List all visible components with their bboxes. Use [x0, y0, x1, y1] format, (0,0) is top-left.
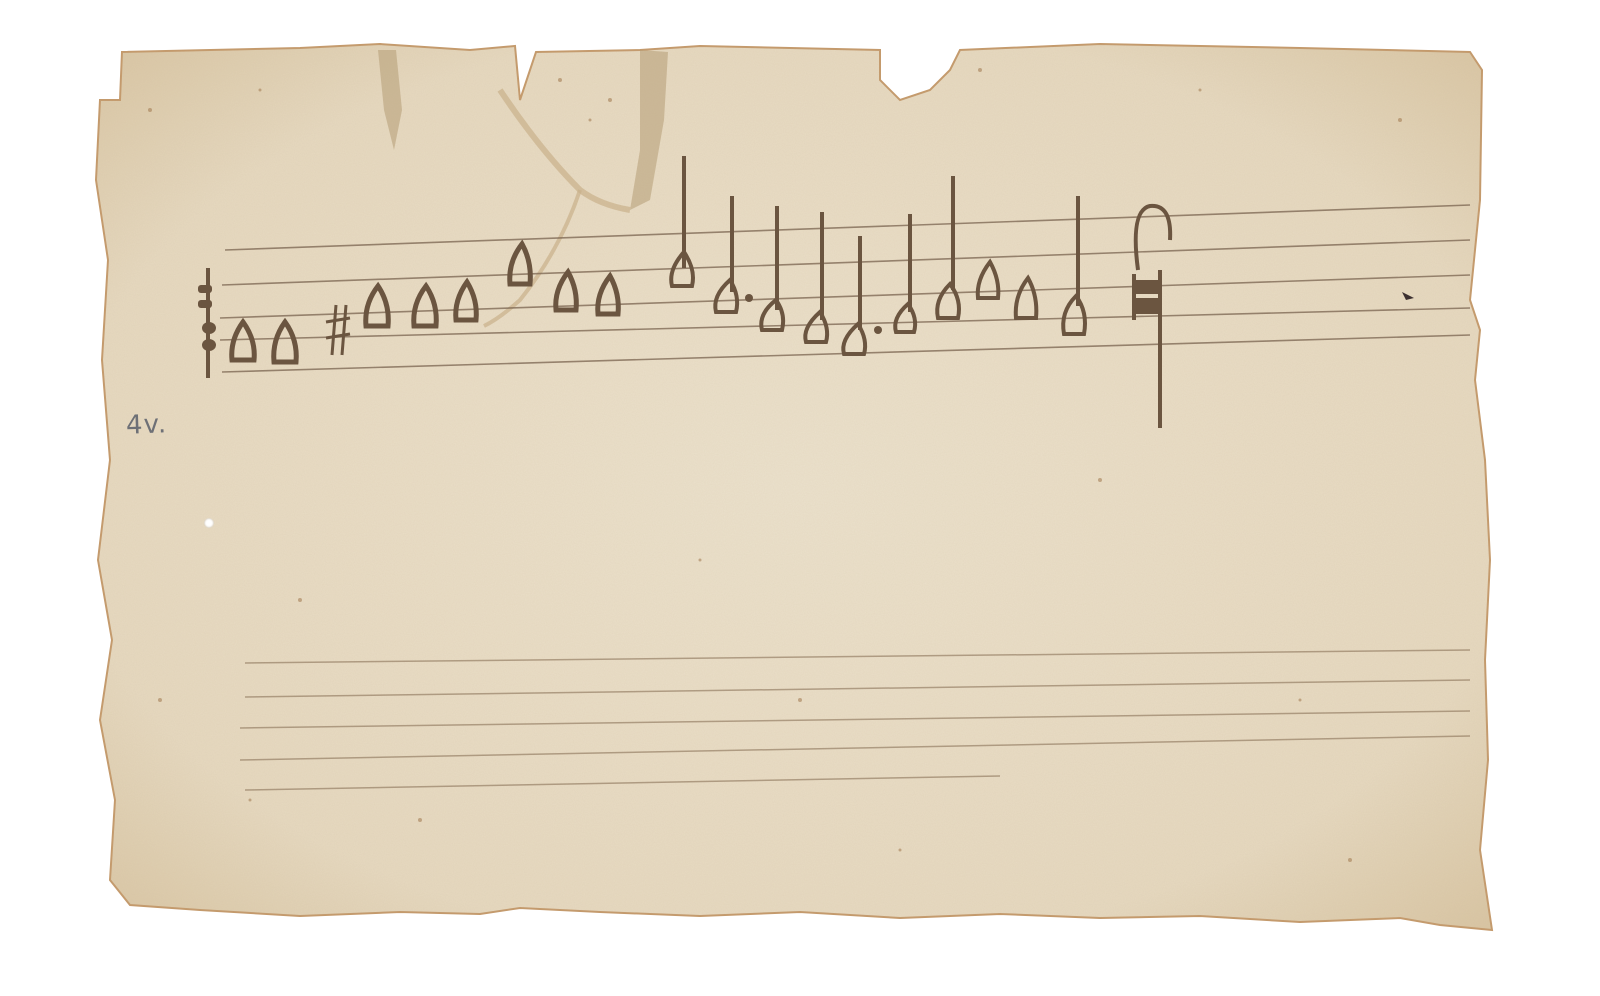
paper-hole	[204, 518, 214, 528]
paper-fragment	[0, 0, 1600, 996]
folio-mark: 4v.	[125, 409, 167, 440]
manuscript-photo: 4v. Torn manuscript fragment with handwr…	[0, 0, 1600, 996]
